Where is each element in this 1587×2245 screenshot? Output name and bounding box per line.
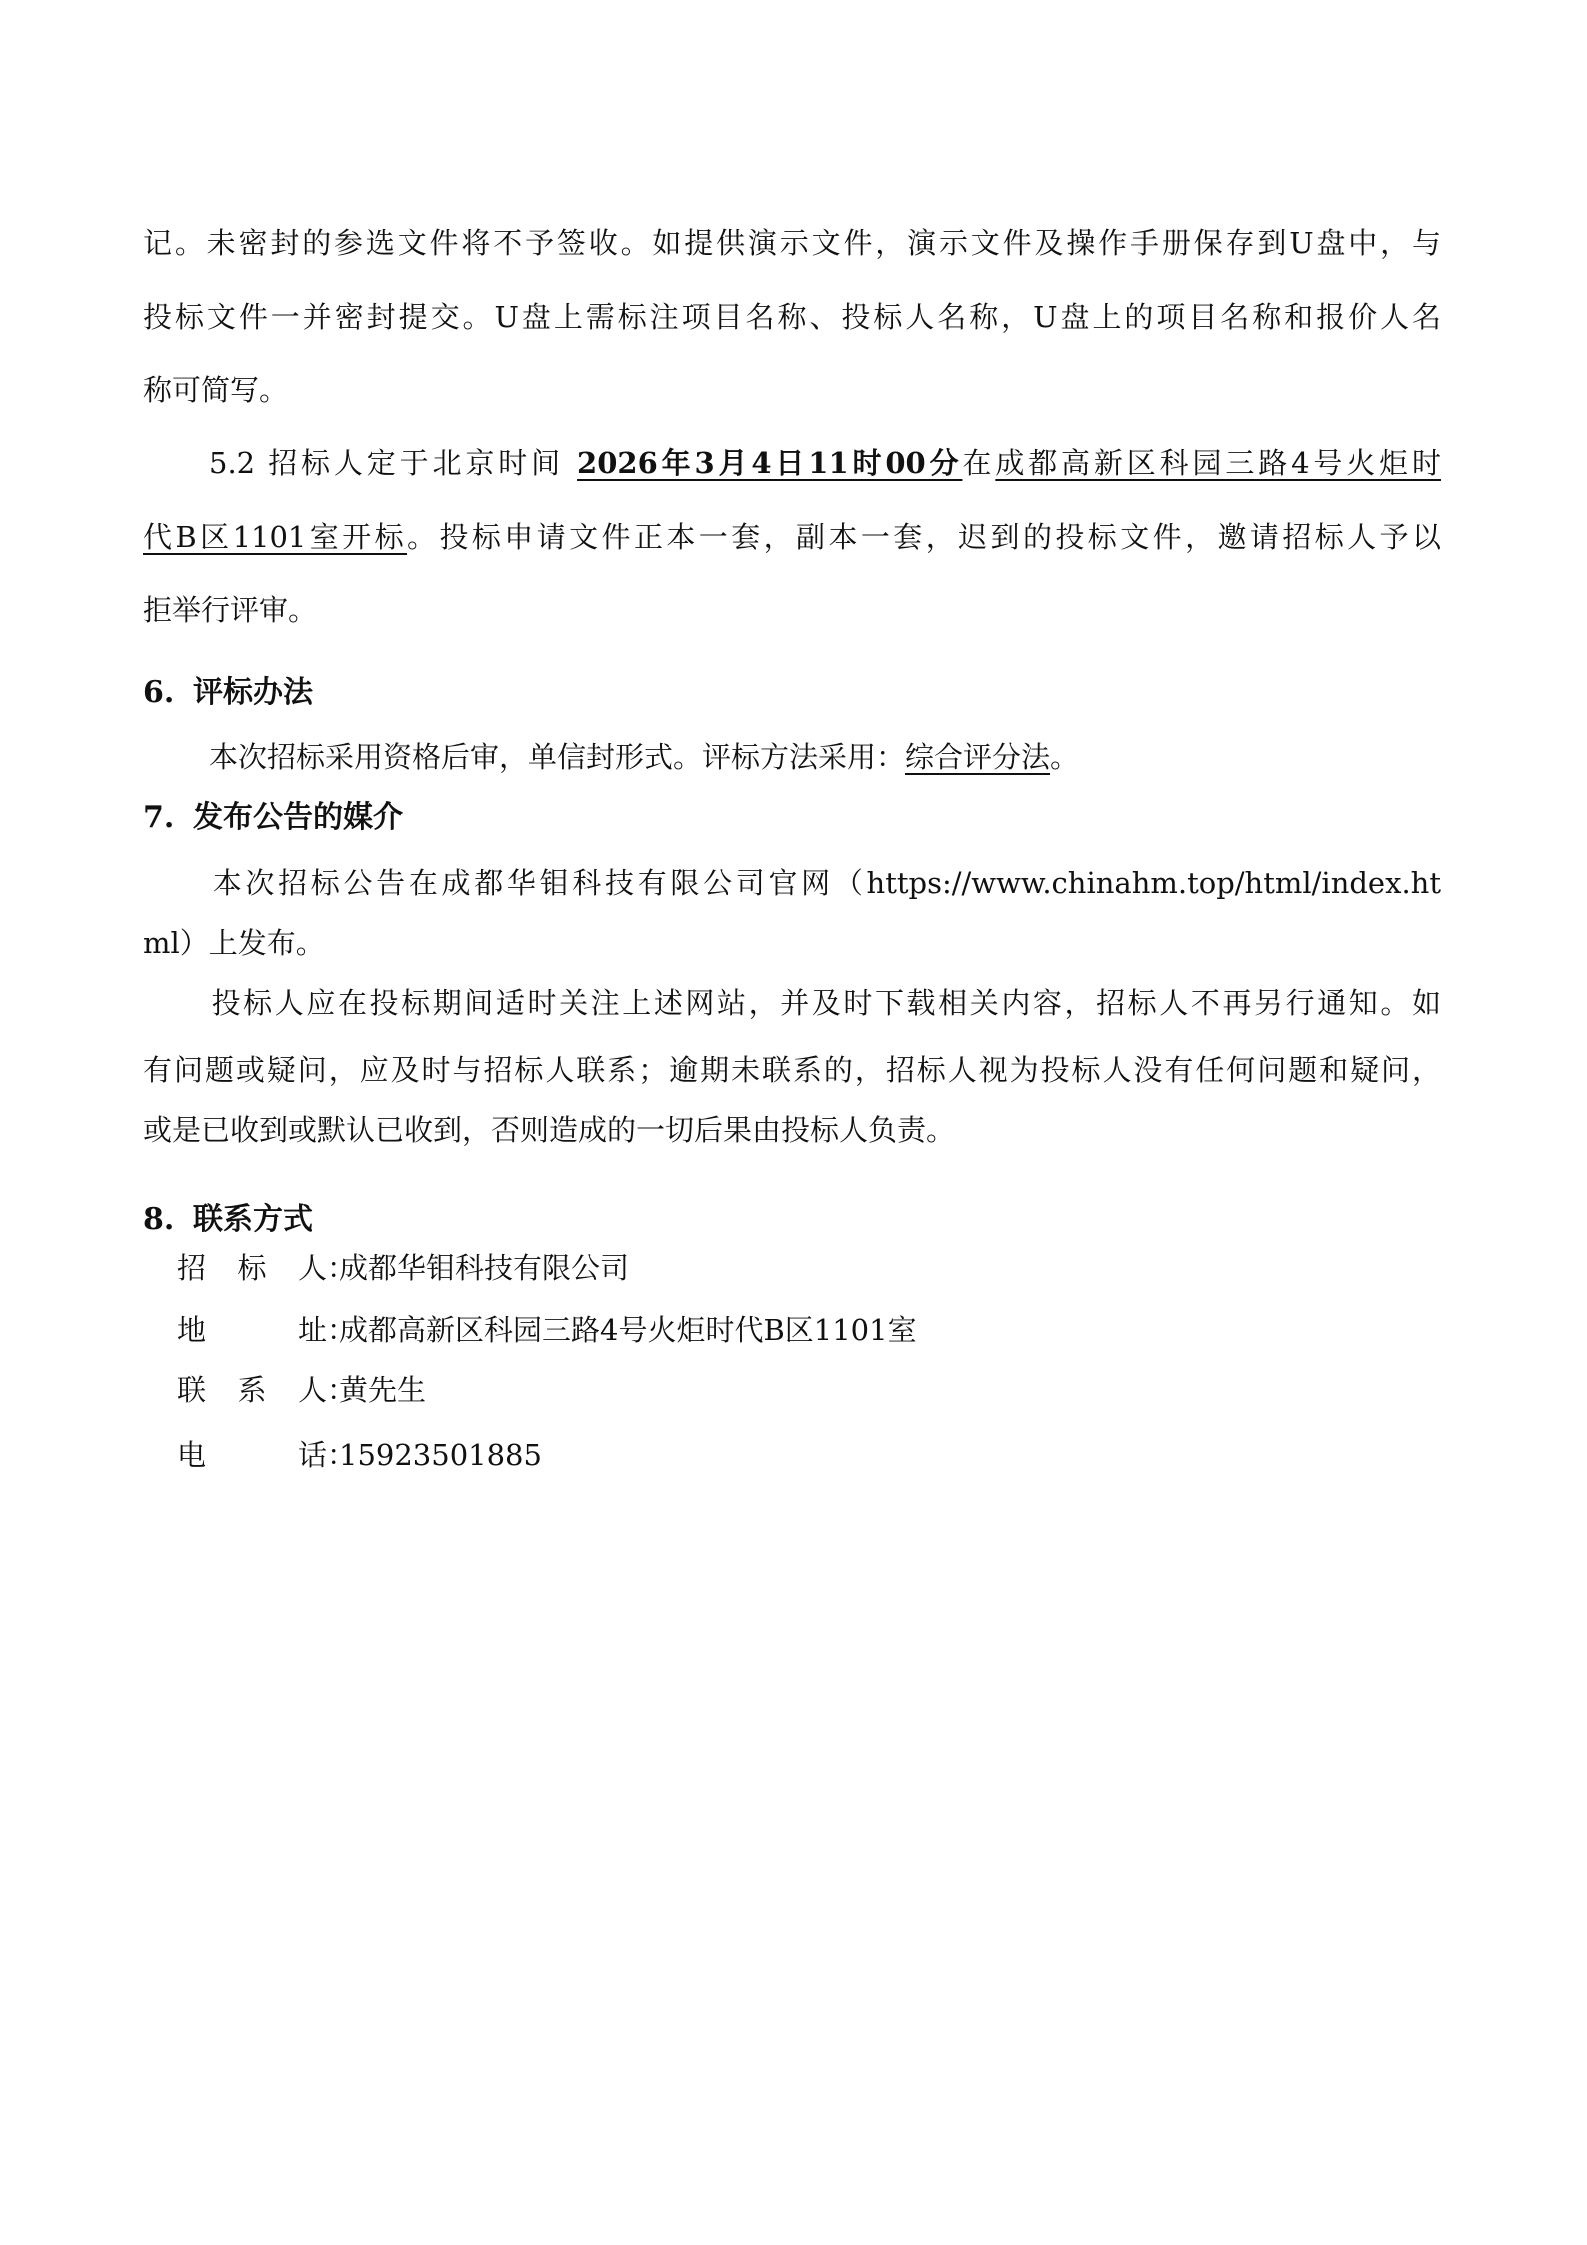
section-title: 联系方式 bbox=[193, 1202, 313, 1237]
media-text: 本次招标公告在成都华钼科技有限公司官网（https://www.chinahm.… bbox=[209, 866, 1441, 900]
contact-label: 招标人 bbox=[177, 1248, 327, 1288]
para-line: 记。未密封的参选文件将不予签收。如提供演示文件，演示文件及操作手册保存到U盘中，… bbox=[143, 223, 1441, 263]
contact-row-person: 联系人：黄先生 bbox=[177, 1370, 426, 1410]
para-line: 称可简写。 bbox=[143, 370, 1441, 410]
evaluation-text: 本次招标采用资格后审，单信封形式。评标方法采用： bbox=[209, 740, 905, 774]
document-page: 记。未密封的参选文件将不予签收。如提供演示文件，演示文件及操作手册保存到U盘中，… bbox=[0, 0, 1587, 2245]
section-title: 发布公告的媒介 bbox=[193, 800, 403, 835]
opening-location-part-2: 代B区1101室开标 bbox=[143, 520, 407, 554]
contact-value: 成都华钼科技有限公司 bbox=[339, 1251, 629, 1285]
section-number: 8. bbox=[143, 1200, 193, 1240]
notice-line-2: 有问题或疑问，应及时与招标人联系；逾期未联系的，招标人视为投标人没有任何问题和疑… bbox=[143, 1050, 1441, 1090]
section-title: 评标办法 bbox=[193, 675, 313, 710]
contact-row-phone: 电话：15923501885 bbox=[177, 1435, 542, 1475]
connector-text: 在 bbox=[962, 446, 995, 480]
clause-5-2-rest: 。投标申请文件正本一套，副本一套，迟到的投标文件，邀请招标人予以 bbox=[407, 520, 1441, 554]
colon: ： bbox=[327, 1310, 337, 1350]
section-7-heading: 7.发布公告的媒介 bbox=[143, 798, 403, 838]
clause-5-2-line-1: 5.2 招标人定于北京时间 2026年3月4日11时00分在成都高新区科园三路4… bbox=[143, 443, 1441, 483]
contact-value: 15923501885 bbox=[339, 1438, 542, 1472]
contact-value: 黄先生 bbox=[339, 1373, 426, 1407]
contact-value: 成都高新区科园三路4号火炬时代B区1101室 bbox=[339, 1313, 917, 1347]
evaluation-method: 综合评分法 bbox=[905, 740, 1050, 774]
section-number: 6. bbox=[143, 673, 193, 713]
section-6-heading: 6.评标办法 bbox=[143, 673, 313, 713]
notice-text: 投标人应在投标期间适时关注上述网站，并及时下载相关内容，招标人不再另行通知。如 bbox=[209, 986, 1441, 1020]
opening-datetime: 2026年3月4日11时00分 bbox=[577, 446, 962, 480]
para-line: 投标文件一并密封提交。U盘上需标注项目名称、投标人名称，U盘上的项目名称和报价人… bbox=[143, 297, 1441, 337]
evaluation-suffix: 。 bbox=[1050, 740, 1079, 774]
section-6-body: 本次招标采用资格后审，单信封形式。评标方法采用：综合评分法。 bbox=[143, 737, 1441, 777]
media-line-1: 本次招标公告在成都华钼科技有限公司官网（https://www.chinahm.… bbox=[143, 863, 1441, 903]
contact-label: 电话 bbox=[177, 1435, 327, 1475]
opening-location-part-1: 成都高新区科园三路4号火炬时 bbox=[995, 446, 1441, 480]
notice-line-1: 投标人应在投标期间适时关注上述网站，并及时下载相关内容，招标人不再另行通知。如 bbox=[143, 983, 1441, 1023]
notice-line-3: 或是已收到或默认已收到，否则造成的一切后果由投标人负责。 bbox=[143, 1110, 1441, 1150]
contact-row-tenderer: 招标人：成都华钼科技有限公司 bbox=[177, 1248, 629, 1288]
media-line-2: ml）上发布。 bbox=[143, 923, 1441, 963]
clause-5-2-prefix: 5.2 招标人定于北京时间 bbox=[209, 446, 577, 480]
colon: ： bbox=[327, 1370, 337, 1410]
clause-5-2-line-2: 代B区1101室开标。投标申请文件正本一套，副本一套，迟到的投标文件，邀请招标人… bbox=[143, 517, 1441, 557]
contact-label: 联系人 bbox=[177, 1370, 327, 1410]
contact-label: 地址 bbox=[177, 1310, 327, 1350]
section-8-heading: 8.联系方式 bbox=[143, 1200, 313, 1240]
contact-row-address: 地址：成都高新区科园三路4号火炬时代B区1101室 bbox=[177, 1310, 917, 1350]
section-number: 7. bbox=[143, 798, 193, 838]
clause-5-2-line-3: 拒举行评审。 bbox=[143, 590, 1441, 630]
colon: ： bbox=[327, 1248, 337, 1288]
colon: ： bbox=[327, 1435, 337, 1475]
